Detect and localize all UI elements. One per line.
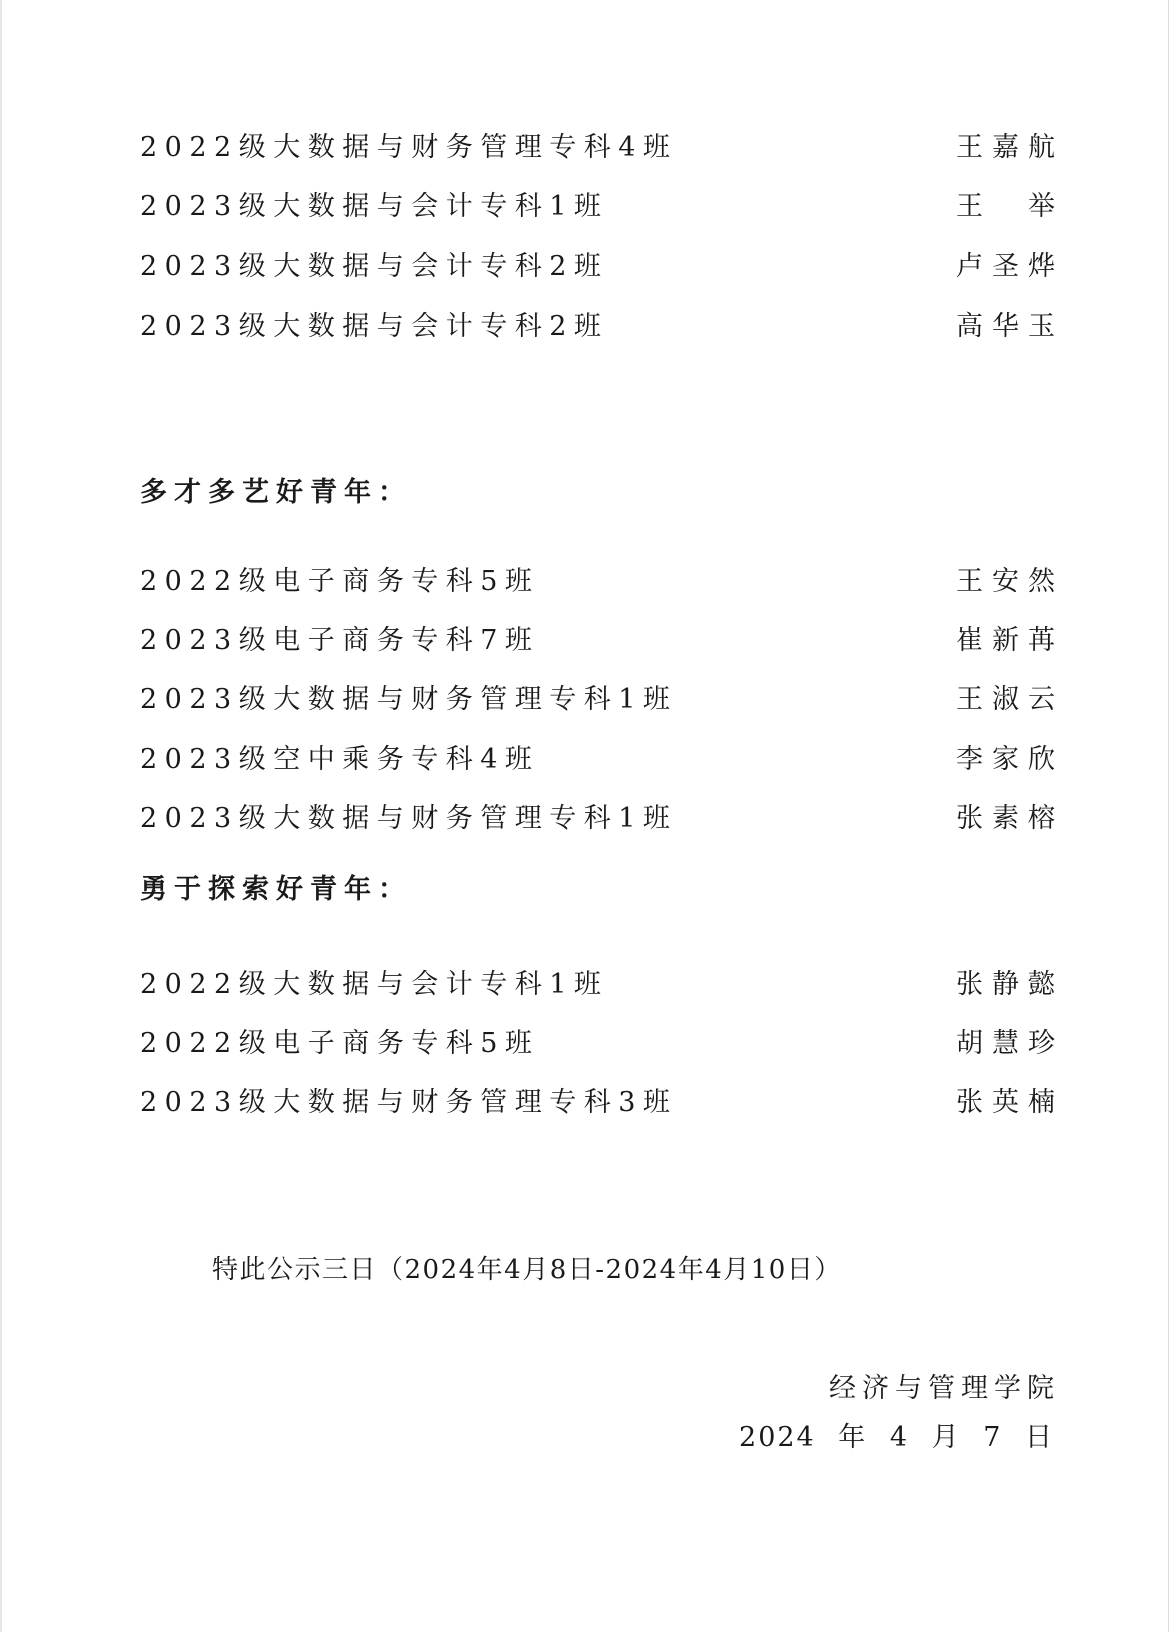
section-heading: 多才多艺好青年： — [140, 473, 412, 513]
list-item: 2023级大数据与会计专科1班 王 举 — [140, 187, 1055, 227]
class-name: 2023级大数据与会计专科2班 — [140, 247, 608, 287]
student-name: 李家欣 — [956, 740, 1064, 780]
page-edge-right — [1168, 0, 1169, 1632]
class-name: 2022级大数据与财务管理专科4班 — [140, 128, 677, 168]
list-item: 2023级大数据与会计专科2班 高华玉 — [140, 307, 1055, 347]
student-name: 张英楠 — [956, 1083, 1064, 1123]
notice-text: 特此公示三日（2024年4月8日-2024年4月10日） — [212, 1250, 842, 1290]
student-name: 王嘉航 — [956, 128, 1064, 168]
list-item: 2023级大数据与财务管理专科1班 张素榕 — [140, 799, 1055, 839]
signature-date: 2024 年 4 月 7 日 — [739, 1418, 1054, 1458]
class-name: 2023级大数据与会计专科2班 — [140, 307, 608, 347]
class-name: 2022级大数据与会计专科1班 — [140, 965, 608, 1005]
class-name: 2023级大数据与会计专科1班 — [140, 187, 608, 227]
list-item: 2023级电子商务专科7班 崔新苒 — [140, 621, 1055, 661]
student-name: 王安然 — [956, 562, 1064, 602]
list-item: 2023级大数据与财务管理专科1班 王淑云 — [140, 680, 1055, 720]
list-item: 2022级电子商务专科5班 胡慧珍 — [140, 1024, 1055, 1064]
list-item: 2022级大数据与会计专科1班 张静懿 — [140, 965, 1055, 1005]
list-item: 2022级电子商务专科5班 王安然 — [140, 562, 1055, 602]
class-name: 2023级空中乘务专科4班 — [140, 740, 539, 780]
student-name: 卢圣烨 — [956, 247, 1064, 287]
list-item: 2022级大数据与财务管理专科4班 王嘉航 — [140, 128, 1055, 168]
class-name: 2023级大数据与财务管理专科1班 — [140, 680, 677, 720]
list-item: 2023级大数据与财务管理专科3班 张英楠 — [140, 1083, 1055, 1123]
list-item: 2023级空中乘务专科4班 李家欣 — [140, 740, 1055, 780]
student-name: 张素榕 — [956, 799, 1064, 839]
class-name: 2022级电子商务专科5班 — [140, 1024, 539, 1064]
section-heading: 勇于探索好青年： — [140, 870, 412, 910]
student-name: 崔新苒 — [956, 621, 1064, 661]
student-name: 王淑云 — [956, 680, 1064, 720]
list-item: 2023级大数据与会计专科2班 卢圣烨 — [140, 247, 1055, 287]
class-name: 2022级电子商务专科5班 — [140, 562, 539, 602]
class-name: 2023级大数据与财务管理专科1班 — [140, 799, 677, 839]
student-name: 王 举 — [956, 187, 1064, 227]
class-name: 2023级大数据与财务管理专科3班 — [140, 1083, 677, 1123]
page-edge-left — [0, 0, 2, 1632]
student-name: 高华玉 — [956, 307, 1064, 347]
class-name: 2023级电子商务专科7班 — [140, 621, 539, 661]
signature-organization: 经济与管理学院 — [829, 1369, 1060, 1409]
student-name: 张静懿 — [956, 965, 1064, 1005]
student-name: 胡慧珍 — [956, 1024, 1064, 1064]
